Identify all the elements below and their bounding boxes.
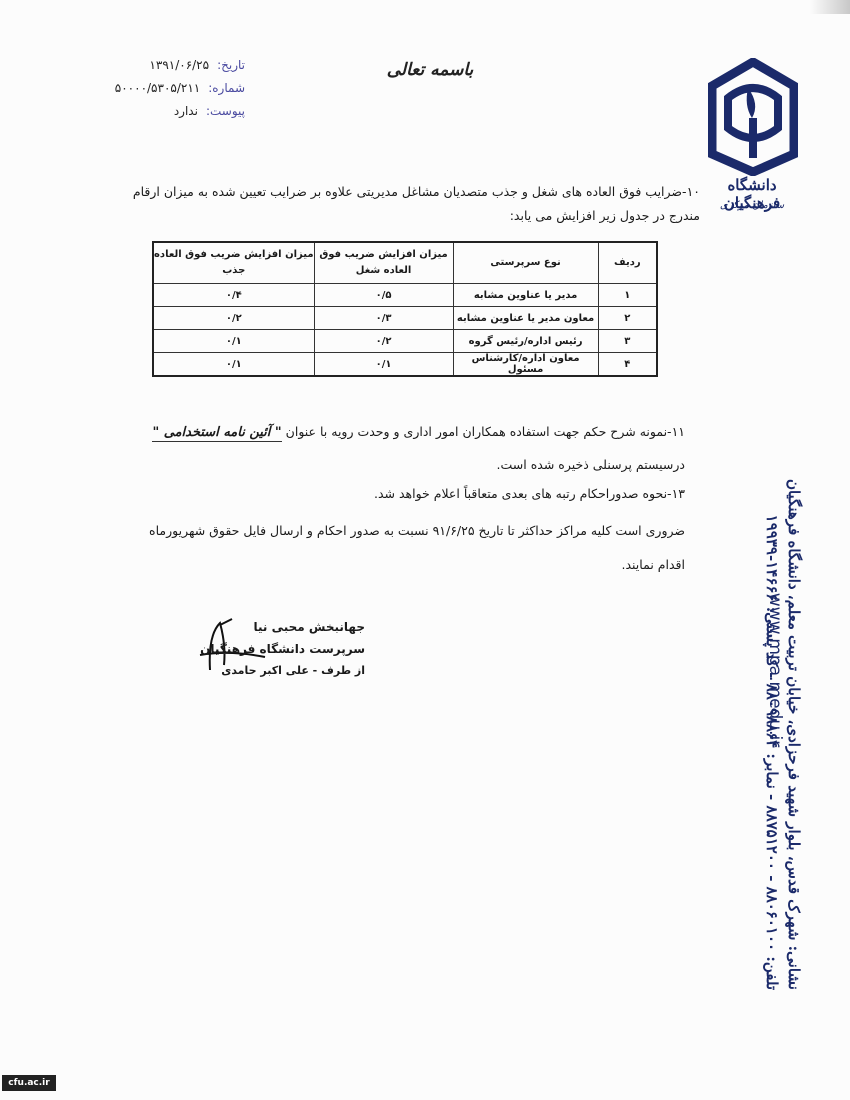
logo-subtitle: سازمان مرکزی [708,200,796,211]
signer-name: جهانبخش محبی نیا [185,620,365,642]
meta-number: شماره: ۵۰۰۰۰/۵۳۰۵/۲۱۱ [85,81,245,104]
cell-radif: ۴ [598,353,657,377]
signature-block: جهانبخش محبی نیا سرپرست دانشگاه فرهنگیان… [185,620,365,686]
logo-emblem-icon [708,58,798,176]
header-shoghl: میزان افزایش ضریب فوق العاده شغل [314,242,453,284]
regulation-title: " آئین نامه استخدامی " [152,425,281,442]
cell-radif: ۱ [598,284,657,307]
university-logo: دانشگاه فرهنگیان سازمان مرکزی [708,58,818,228]
paragraph-final: ضروری است کلیه مراکز حداکثر تا تاریخ ۹۱/… [130,514,685,582]
cell-jazb: ۰/۱ [153,330,314,353]
header-radif: ردیف [598,242,657,284]
sidebar-url-wrap: www.mpa.medu.ir [760,560,790,780]
letter-page: باسمه تعالی تاریخ: ۱۳۹۱/۰۶/۲۵ شماره: ۵۰۰… [0,0,850,1100]
meta-value: ۵۰۰۰۰/۵۳۰۵/۲۱۱ [115,81,200,95]
paragraph-11-start: ۱۱-نمونه شرح حکم جهت استفاده همکاران امو… [282,424,685,439]
paragraph-11: ۱۱-نمونه شرح حکم جهت استفاده همکاران امو… [130,416,685,481]
bismillah-heading: باسمه تعالی [385,60,475,80]
scan-shadow [810,0,850,14]
cell-jazb: ۰/۲ [153,307,314,330]
rates-table: ردیف نوع سرپرستی میزان افزایش ضریب فوق ا… [152,241,658,377]
table-row: ۱ مدیر یا عناوین مشابه ۰/۵ ۰/۴ [153,284,657,307]
table-header-row: ردیف نوع سرپرستی میزان افزایش ضریب فوق ا… [153,242,657,284]
table-row: ۳ رئیس اداره/رئیس گروه ۰/۲ ۰/۱ [153,330,657,353]
paragraph-11-end: درسیستم پرسنلی ذخیره شده است. [497,457,685,472]
meta-value: ۱۳۹۱/۰۶/۲۵ [149,58,209,72]
table-row: ۲ معاون مدیر یا عناوین مشابه ۰/۳ ۰/۲ [153,307,657,330]
signer-on-behalf: از طرف - علی اکبر حامدی [185,664,365,686]
paragraph-13: ۱۳-نحوه صدوراحکام رتبه های بعدی متعاقباً… [130,482,685,506]
header-type: نوع سرپرستی [453,242,598,284]
meta-date: تاریخ: ۱۳۹۱/۰۶/۲۵ [85,58,245,81]
cell-type: رئیس اداره/رئیس گروه [453,330,598,353]
cell-shoghl: ۰/۲ [314,330,453,353]
cell-radif: ۳ [598,330,657,353]
cell-radif: ۲ [598,307,657,330]
letter-meta: تاریخ: ۱۳۹۱/۰۶/۲۵ شماره: ۵۰۰۰۰/۵۳۰۵/۲۱۱ … [85,58,245,127]
meta-value: ندارد [174,104,198,118]
cell-type: معاون مدیر یا عناوین مشابه [453,307,598,330]
cell-shoghl: ۰/۵ [314,284,453,307]
table-row: ۴ معاون اداره/کارشناس مسئول ۰/۱ ۰/۱ [153,353,657,377]
cell-jazb: ۰/۴ [153,284,314,307]
sidebar-url[interactable]: www.mpa.medu.ir [765,560,785,780]
meta-label: تاریخ: [217,58,245,72]
header-jazb: میزان افزایش ضریب فوق العاده جذب [153,242,314,284]
cell-shoghl: ۰/۳ [314,307,453,330]
cell-type: معاون اداره/کارشناس مسئول [453,353,598,377]
signer-title: سرپرست دانشگاه فرهنگیان [185,642,365,664]
paragraph-10: ۱۰-ضرایب فوق العاده های شغل و جذب متصدیا… [100,180,700,228]
meta-label: پیوست: [206,104,245,118]
cell-jazb: ۰/۱ [153,353,314,377]
site-watermark: cfu.ac.ir [2,1075,56,1091]
cell-shoghl: ۰/۱ [314,353,453,377]
meta-label: شماره: [208,81,245,95]
meta-attachment: پیوست: ندارد [85,104,245,127]
cell-type: مدیر یا عناوین مشابه [453,284,598,307]
